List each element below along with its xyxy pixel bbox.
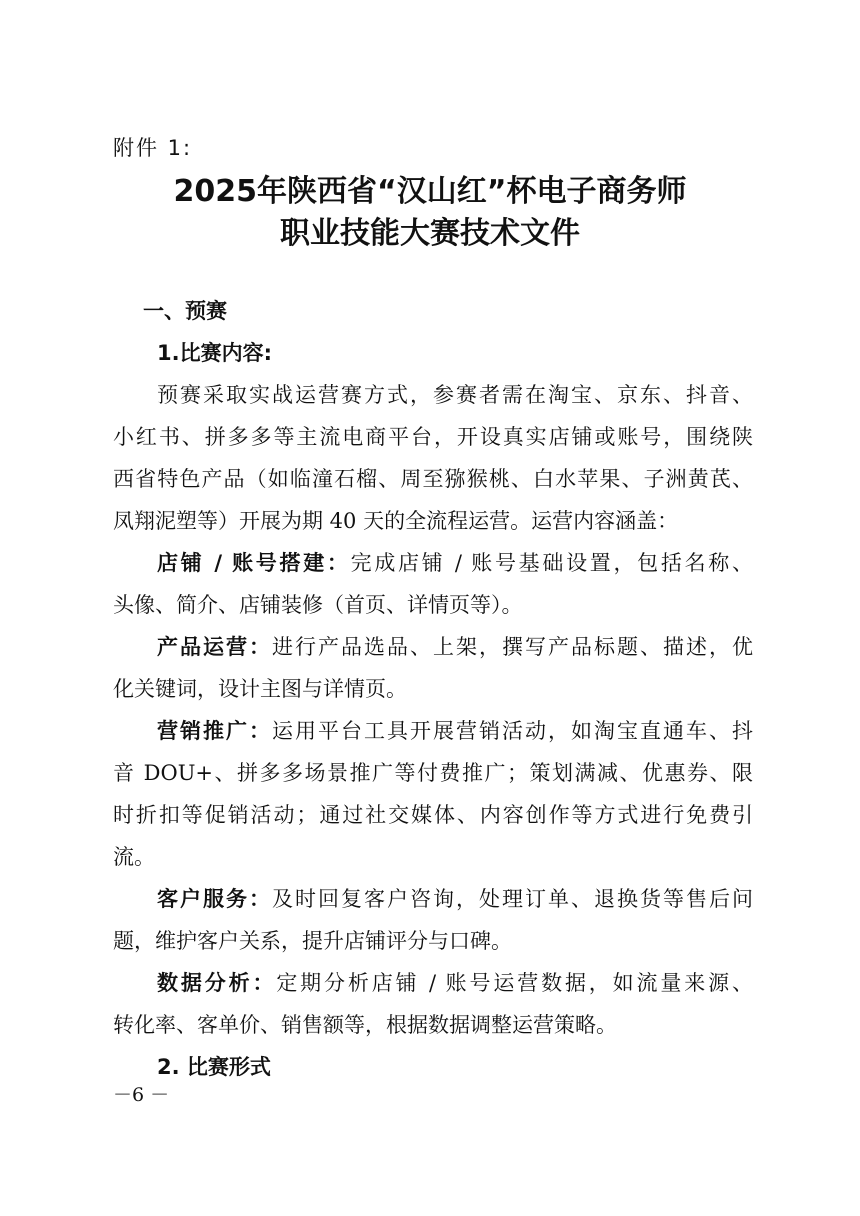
attachment-label: 附件 1: <box>113 132 192 162</box>
paragraph-line: 流。 <box>113 836 753 878</box>
paragraph-line: 预赛采取实战运营赛方式，参赛者需在淘宝、京东、抖音、 <box>113 374 753 416</box>
paragraph-line: 转化率、客单价、销售额等，根据数据调整运营策略。 <box>113 1004 753 1046</box>
item-text: 运用平台工具开展营销活动，如淘宝直通车、抖 <box>272 719 753 743</box>
item-lead: 产品运营： <box>157 635 272 659</box>
item-text: 及时回复客户咨询，处理订单、退换货等售后问 <box>272 887 753 911</box>
item-lead: 店铺 / 账号搭建： <box>157 551 351 575</box>
paragraph-line: 头像、简介、店铺装修（首页、详情页等）。 <box>113 584 753 626</box>
item-customer-service: 客户服务：及时回复客户咨询，处理订单、退换货等售后问 <box>113 878 753 920</box>
paragraph-line: 西省特色产品（如临潼石榴、周至猕猴桃、白水苹果、子洲黄芪、 <box>113 458 753 500</box>
item-text: 定期分析店铺 / 账号运营数据，如流量来源、 <box>276 971 753 995</box>
document-title-line-1: 2025年陕西省“汉山红”杯电子商务师 <box>0 166 860 210</box>
paragraph-line: 时折扣等促销活动；通过社交媒体、内容创作等方式进行免费引 <box>113 794 753 836</box>
document-body: 一、预赛 1.比赛内容: 预赛采取实战运营赛方式，参赛者需在淘宝、京东、抖音、 … <box>113 290 753 1088</box>
paragraph-line: 化关键词，设计主图与详情页。 <box>113 668 753 710</box>
subsection-heading: 1.比赛内容: <box>113 332 753 374</box>
document-page: 附件 1: 2025年陕西省“汉山红”杯电子商务师 职业技能大赛技术文件 一、预… <box>0 0 860 1216</box>
section-heading: 一、预赛 <box>113 290 753 332</box>
paragraph-line: 凤翔泥塑等）开展为期 40 天的全流程运营。运营内容涵盖： <box>113 500 753 542</box>
subsection-heading: 2. 比赛形式 <box>113 1046 753 1088</box>
paragraph-line: 题，维护客户关系，提升店铺评分与口碑。 <box>113 920 753 962</box>
document-title-line-2: 职业技能大赛技术文件 <box>0 208 860 252</box>
item-marketing: 营销推广：运用平台工具开展营销活动，如淘宝直通车、抖 <box>113 710 753 752</box>
item-lead: 营销推广： <box>157 719 272 743</box>
item-lead: 数据分析： <box>157 971 276 995</box>
item-text: 进行产品选品、上架，撰写产品标题、描述，优 <box>272 635 753 659</box>
item-product-operation: 产品运营：进行产品选品、上架，撰写产品标题、描述，优 <box>113 626 753 668</box>
item-store-setup: 店铺 / 账号搭建：完成店铺 / 账号基础设置，包括名称、 <box>113 542 753 584</box>
item-text: 完成店铺 / 账号基础设置，包括名称、 <box>351 551 753 575</box>
paragraph-line: 小红书、拼多多等主流电商平台，开设真实店铺或账号，围绕陕 <box>113 416 753 458</box>
paragraph-line: 音 DOU+、拼多多场景推广等付费推广；策划满减、优惠券、限 <box>113 752 753 794</box>
page-number: －6 － <box>113 1080 169 1107</box>
item-lead: 客户服务： <box>157 887 272 911</box>
item-data-analysis: 数据分析：定期分析店铺 / 账号运营数据，如流量来源、 <box>113 962 753 1004</box>
